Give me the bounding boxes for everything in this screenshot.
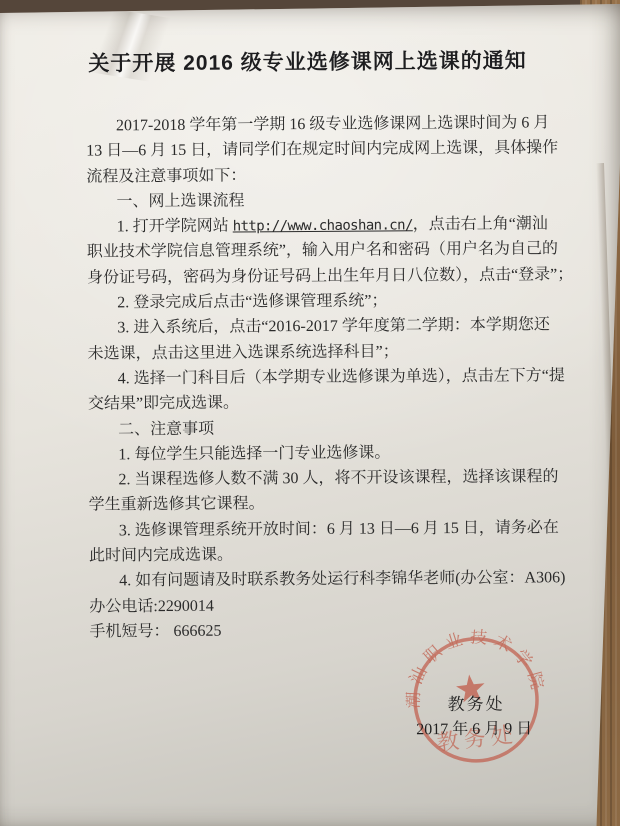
notice-line: 2. 当课程选修人数不满 30 人，将不开设该课程，选择该课程的 — [88, 464, 550, 493]
notice-line: 3. 选修课管理系统开放时间：6 月 13 日—6 月 15 日，请务必在 — [89, 515, 551, 544]
notice-line: 职业技术学院信息管理系统”，输入用户名和密码（用户名为自己的 — [87, 237, 549, 266]
signature-department: 教务处 — [406, 689, 546, 715]
section-heading-notes: 二、注意事项 — [88, 414, 550, 443]
notice-line: 1. 每位学生只能选择一门专业选修课。 — [88, 439, 550, 468]
notice-line: 3. 进入系统后，点击“2016-2017 学年度第二学期：本学期您还 — [87, 313, 549, 342]
notice-line: 此时间内完成选课。 — [89, 540, 551, 569]
paper-sheet: 关于开展 2016 级专业选修课网上选课的通知 2017-2018 学年第一学期… — [0, 0, 620, 826]
office-phone-line: 办公电话:2290014 — [89, 591, 551, 620]
notice-line: 流程及注意事项如下： — [86, 161, 548, 190]
notice-line: 2. 登录完成后点击“选修课管理系统”； — [87, 287, 549, 316]
signature-date: 2017 年 6 月 9 日 — [398, 715, 550, 739]
notice-line: 1. 打开学院网站 http://www.chaoshan.cn/，点击右上角“… — [87, 212, 549, 241]
url-line-prefix: 1. 打开学院网站 — [117, 218, 233, 236]
notice-line: 13 日—6 月 15 日，请同学们在规定时间内完成网上选课，具体操作 — [86, 136, 548, 165]
notice-line: 身份证号码，密码为身份证号码上出生年月日八位数），点击“登录”； — [87, 262, 549, 291]
notice-line: 交结果”即完成选课。 — [88, 389, 550, 418]
url-line-suffix: ，点击右上角“潮汕 — [413, 216, 548, 234]
notice-line: 4. 如有问题请及时联系教务处运行科李锦华老师(办公室：A306) — [89, 566, 551, 595]
notice-title: 关于开展 2016 级专业选修课网上选课的通知 — [0, 44, 618, 78]
notice-line: 2017-2018 学年第一学期 16 级专业选修课网上选课时间为 6 月 — [86, 110, 548, 139]
course-website-url: http://www.chaoshan.cn/ — [233, 217, 413, 234]
notice-document: 关于开展 2016 级专业选修课网上选课的通知 2017-2018 学年第一学期… — [0, 0, 620, 826]
notice-line: 未选课，点击这里进入选课系统选择科目”； — [87, 338, 549, 367]
notice-line: 学生重新选修其它课程。 — [89, 490, 551, 519]
notice-body: 2017-2018 学年第一学期 16 级专业选修课网上选课时间为 6 月 13… — [86, 110, 552, 644]
section-heading-procedure: 一、网上选课流程 — [86, 186, 548, 215]
notice-line: 4. 选择一门科目后（本学期专业选修课为单选），点击左下方“提 — [88, 363, 550, 392]
